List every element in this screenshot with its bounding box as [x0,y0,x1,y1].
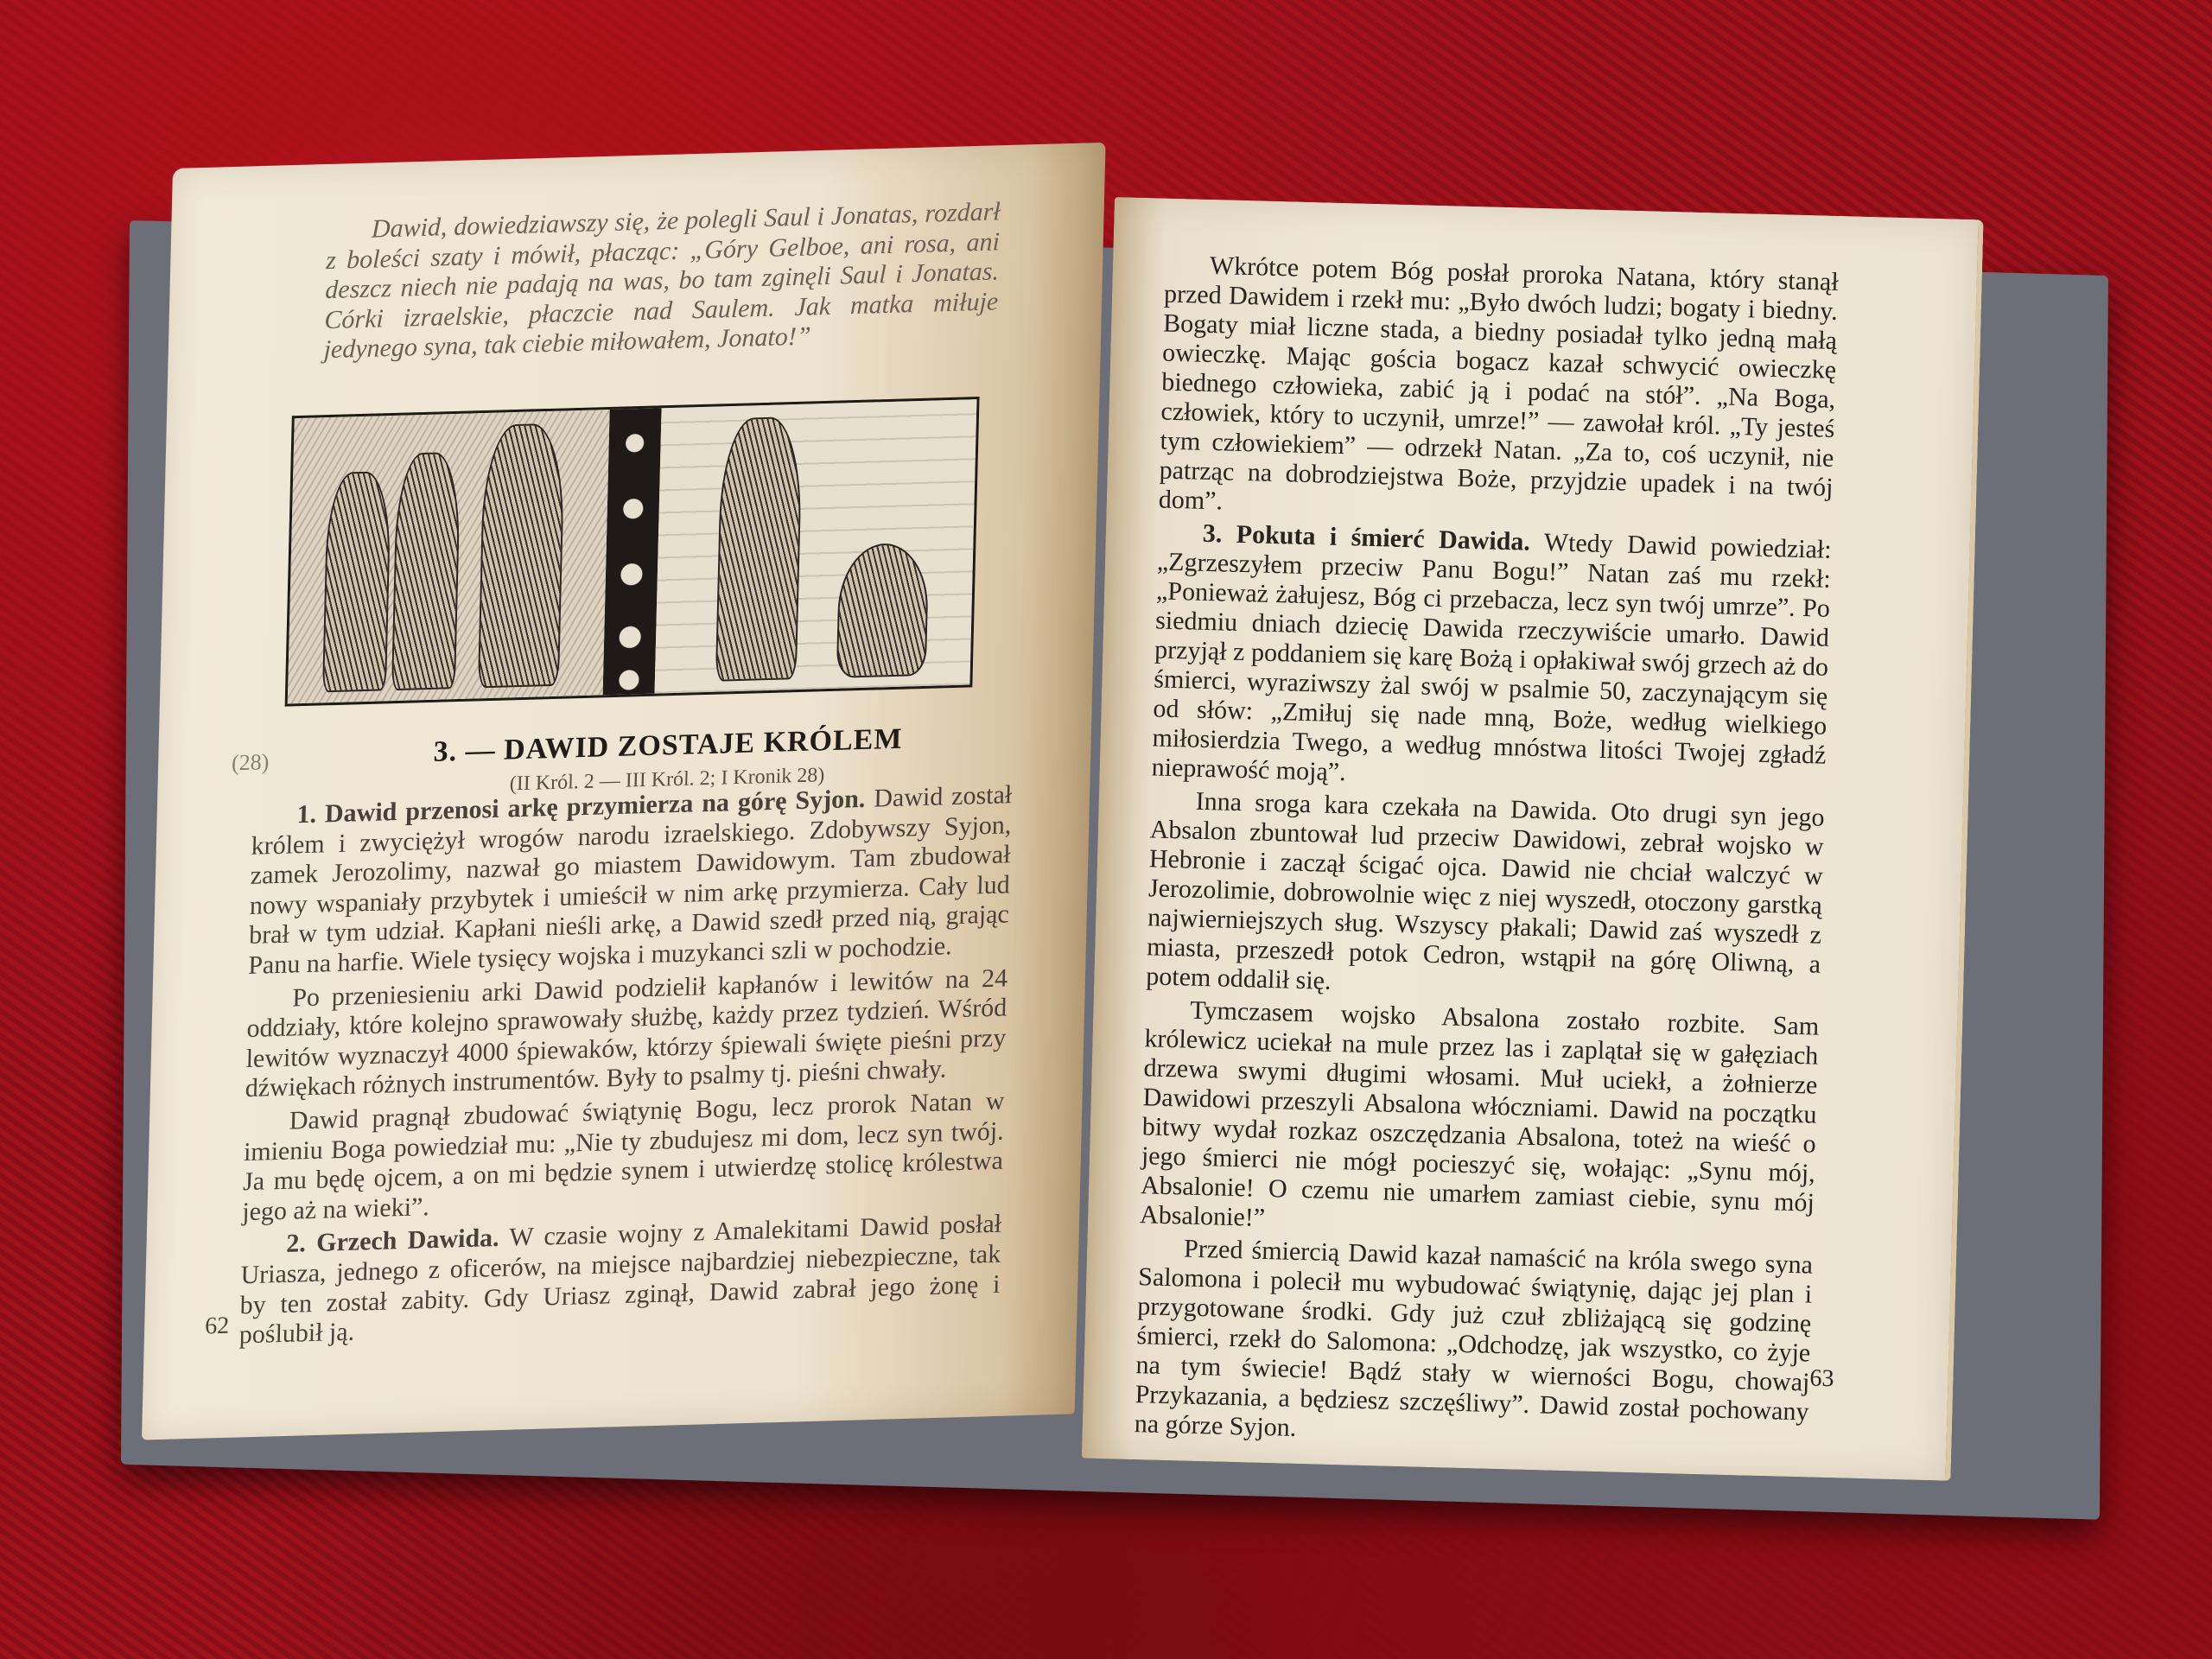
paragraph-natan-parable: Wkrótce potem Bóg posłał proroka Natana,… [1158,251,1839,532]
paragraph-levites: Po przeniesieniu arki Dawid podzielił ka… [245,963,1007,1104]
subheading-sin: 2. Grzech Dawida. [286,1224,499,1258]
harpist-figure-icon [478,423,565,688]
paragraph-sin: 2. Grzech Dawida. W czasie wojny z Amale… [238,1210,1001,1351]
paragraph-absalom-death: Tymczasem wojsko Absalona zostało rozbit… [1140,995,1820,1247]
kneeling-king-figure-icon [836,543,930,678]
right-page: Wkrótce potem Bóg posłał proroka Natana,… [1082,197,1984,1481]
illustration-left-panel [288,410,610,704]
page-number-left: 62 [205,1313,230,1341]
paragraph-ark: 1. Dawid przenosi arkę przymierza na gór… [248,780,1013,981]
paragraph-david-death: Przed śmiercią Dawid kazał namaścić na k… [1134,1233,1813,1456]
robed-figure-icon [391,452,461,690]
prophet-figure-icon [715,416,803,682]
right-body-text: Wkrótce potem Bóg posłał proroka Natana,… [1134,251,1839,1457]
left-body-text: 1. Dawid przenosi arkę przymierza na gór… [238,780,1012,1351]
illustration-right-panel [655,399,977,694]
woodcut-illustration [285,397,980,707]
scene: Dawid, dowiedziawszy się, że polegli Sau… [0,0,2212,1659]
left-page: Dawid, dowiedziawszy się, że polegli Sau… [142,143,1106,1440]
rose-ornament-strip [603,408,662,695]
left-top-paragraph: Dawid, dowiedziawszy się, że polegli Sau… [323,197,1001,365]
paragraph-absalom-rebellion: Inna sroga kara czekała na Dawida. Oto d… [1146,785,1825,1008]
page-number-right: 63 [1809,1365,1834,1394]
paragraph-penance: 3. Pokuta i śmierć Dawida. Wtedy Dawid p… [1151,518,1832,799]
section-reference-number: (28) [232,749,270,776]
paragraph-lament: Dawid, dowiedziawszy się, że polegli Sau… [323,197,1001,365]
robed-figure-icon [322,471,391,692]
paragraph-temple-wish: Dawid pragnął zbudować świątynię Bogu, l… [242,1086,1005,1227]
